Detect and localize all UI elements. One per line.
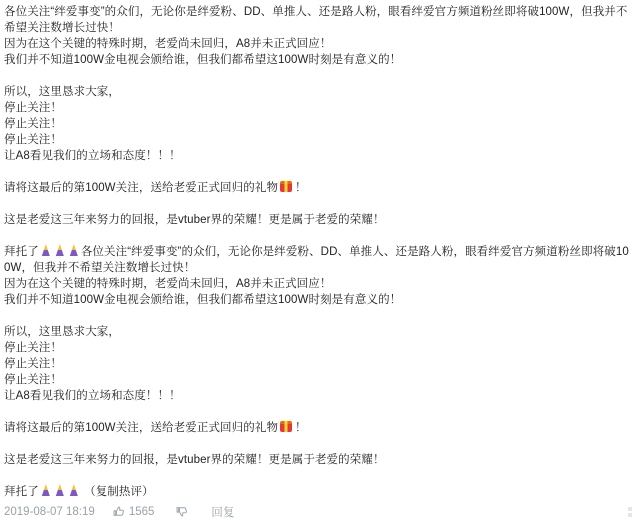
- comment-line: 这是老爱这三年来努力的回报，是vtuber界的荣耀！更是属于老爱的荣耀！: [4, 452, 632, 468]
- comment-line: 让A8看见我们的立场和态度！！！: [4, 388, 632, 404]
- comment-line: 请将这最后的第100W关注，送给老爱正式回归的礼物！: [4, 420, 632, 436]
- blank-line: [4, 468, 632, 484]
- dislike-button[interactable]: [175, 505, 188, 518]
- plead-text: 拜托了: [4, 246, 39, 258]
- comment-text: 请将这最后的第100W关注，送给老爱正式回归的礼物: [4, 182, 278, 194]
- like-count: 1565: [129, 506, 155, 518]
- comment-line: 停止关注！: [4, 340, 632, 356]
- folded-hands-emoji: [69, 244, 79, 256]
- comment-line: 我们并不知道100W金电视会颁给谁，但我们都希望这100W时刻是有意义的！: [4, 292, 632, 308]
- comment-detail-page: 各位关注“绊爱事变”的众们，无论你是绊爱粉、DD、单推人、还是路人粉，眼看绊爱官…: [0, 0, 640, 520]
- blank-line: [4, 164, 632, 180]
- like-button[interactable]: 1565: [112, 505, 155, 518]
- blank-line: [4, 308, 632, 324]
- thumb-down-icon: [175, 505, 188, 518]
- comment-line: 所以，这里恳求大家，: [4, 324, 632, 340]
- comment-line: 请将这最后的第100W关注，送给老爱正式回归的礼物！: [4, 180, 632, 196]
- comment-footer: 2019-08-07 18:19 1565 回复: [0, 503, 640, 520]
- gift-emoji: [280, 421, 292, 432]
- comment-content: 各位关注“绊爱事变”的众们，无论你是绊爱粉、DD、单推人、还是路人粉，眼看绊爱官…: [0, 0, 640, 500]
- more-options-icon[interactable]: [626, 505, 634, 519]
- comment-line: 停止关注！: [4, 132, 632, 148]
- comment-line: 所以，这里恳求大家，: [4, 84, 632, 100]
- comment-text: ！: [295, 422, 307, 434]
- comment-line: 停止关注！: [4, 356, 632, 372]
- folded-hands-emoji: [69, 484, 79, 496]
- copy-note-text: （复制热评）: [84, 486, 154, 498]
- blank-line: [4, 404, 632, 420]
- folded-hands-emoji: [55, 484, 65, 496]
- blank-line: [4, 196, 632, 212]
- comment-text: 请将这最后的第100W关注，送给老爱正式回归的礼物: [4, 422, 278, 434]
- blank-line: [4, 228, 632, 244]
- comment-line: 停止关注！: [4, 116, 632, 132]
- thumb-up-icon: [112, 505, 125, 518]
- comment-line: 因为在这个关键的特殊时期，老爱尚未回归，A8并未正式回应！: [4, 276, 632, 292]
- comment-text: ！: [295, 182, 307, 194]
- folded-hands-emoji: [41, 244, 51, 256]
- comment-timestamp: 2019-08-07 18:19: [4, 506, 95, 518]
- comment-line: 因为在这个关键的特殊时期，老爱尚未回归，A8并未正式回应！: [4, 36, 632, 52]
- gift-emoji: [280, 181, 292, 192]
- folded-hands-emoji: [55, 244, 65, 256]
- comment-line: 让A8看见我们的立场和态度！！！: [4, 148, 632, 164]
- comment-line: 拜托了 （复制热评）: [4, 484, 632, 500]
- comment-line: 我们并不知道100W金电视会颁给谁，但我们都希望这100W时刻是有意义的！: [4, 52, 632, 68]
- blank-line: [4, 436, 632, 452]
- comment-line: 拜托了各位关注“绊爱事变”的众们，无论你是绊爱粉、DD、单推人、还是路人粉，眼看…: [4, 244, 632, 276]
- comment-line: 停止关注！: [4, 100, 632, 116]
- comment-line: 这是老爱这三年来努力的回报，是vtuber界的荣耀！更是属于老爱的荣耀！: [4, 212, 632, 228]
- comment-line: 各位关注“绊爱事变”的众们，无论你是绊爱粉、DD、单推人、还是路人粉，眼看绊爱官…: [4, 4, 632, 36]
- comment-text: 各位关注“绊爱事变”的众们，无论你是绊爱粉、DD、单推人、还是路人粉，眼看绊爱官…: [4, 246, 629, 274]
- comment-line: 停止关注！: [4, 372, 632, 388]
- blank-line: [4, 68, 632, 84]
- reply-button[interactable]: 回复: [211, 504, 234, 520]
- plead-text: 拜托了: [4, 486, 39, 498]
- folded-hands-emoji: [41, 484, 51, 496]
